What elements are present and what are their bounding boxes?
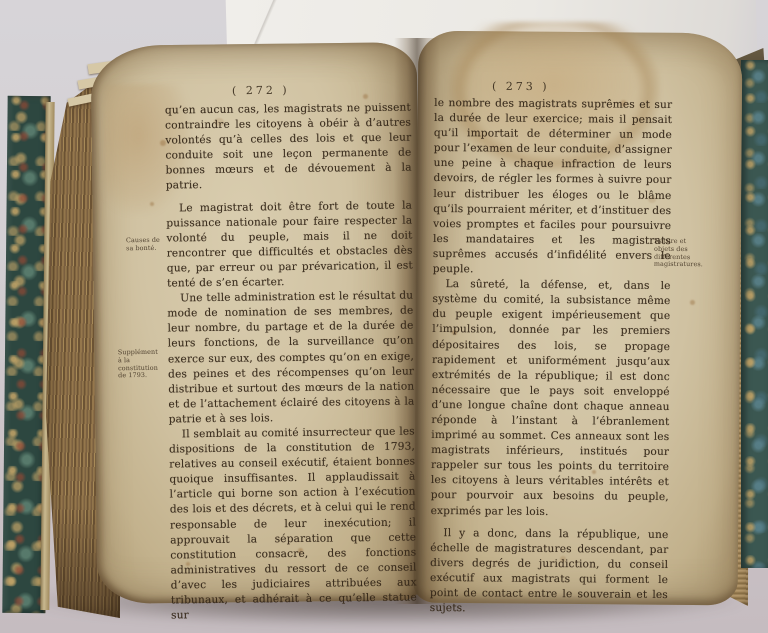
foxing-speck <box>150 202 154 206</box>
left-page-text: qu’en aucun cas, les magistrats ne puiss… <box>165 101 417 624</box>
right-page-text: le nombre des magistrats suprêmes et sur… <box>430 96 673 618</box>
margin-note: Causes de sa bonté. <box>126 237 166 253</box>
foxing-speck <box>690 300 695 305</box>
foxing-speck <box>363 94 368 99</box>
margin-note: Nature et objets des différentes magistr… <box>654 238 704 270</box>
marbled-cover-right <box>741 60 768 568</box>
paragraph: Il semblait au comité insurrecteur que l… <box>169 424 417 623</box>
paragraph: La sûreté, la défense, et, dans le systè… <box>431 277 671 521</box>
paragraph: qu’en aucun cas, les magistrats ne puiss… <box>165 101 412 195</box>
paragraph: Une telle administration est le résultat… <box>167 289 415 428</box>
paragraph: Le magistrat doit être fort de toute la … <box>166 198 413 292</box>
book-photo: ( 272 ) qu’en aucun cas, les magistrats … <box>0 0 768 633</box>
right-page-number: ( 273 ) <box>492 80 550 94</box>
paragraph: Il y a donc, dans la république, une éch… <box>430 526 669 619</box>
margin-note: Supplément à la constitution de 1793. <box>118 349 164 381</box>
paragraph: le nombre des magistrats suprêmes et sur… <box>433 96 673 279</box>
left-page-number: ( 272 ) <box>232 84 290 98</box>
